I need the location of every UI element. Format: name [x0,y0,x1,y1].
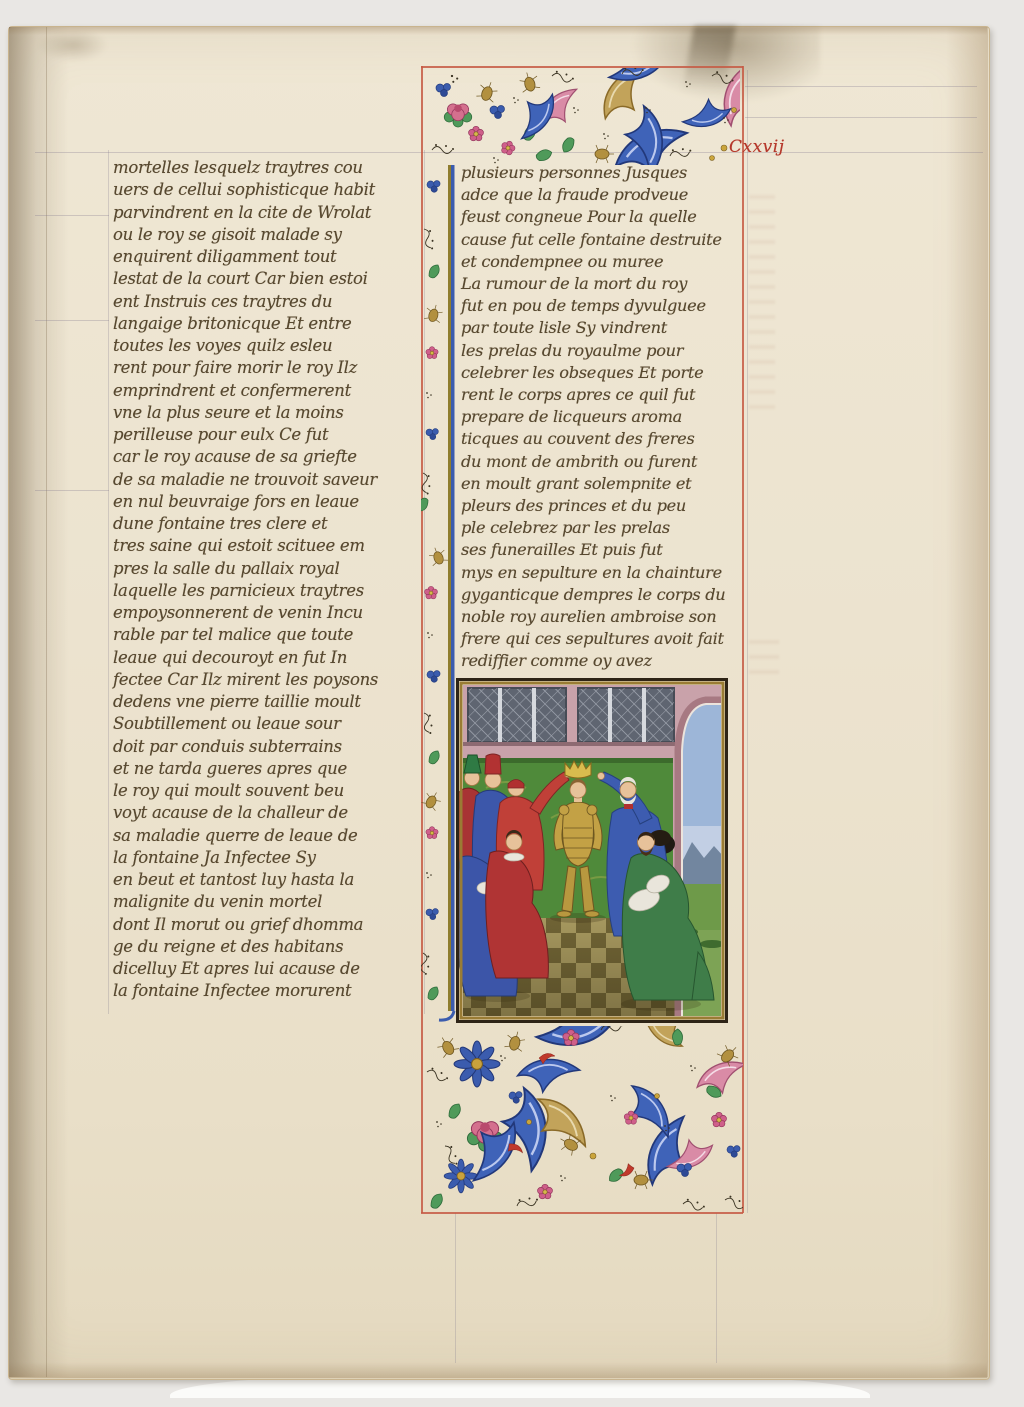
text-line: rent pour faire morir le roy Ilz [113,357,425,379]
text-line: en nul beuvraige fors en leaue [113,491,425,513]
text-line: gyganticque dempres le corps du [461,584,751,606]
left-floral-border [421,165,458,1025]
gutter-shadow [9,27,69,1377]
text-line: en beut et tantost luy hasta la [113,869,425,891]
ink-show-through [749,640,779,680]
folio-number: Cxxvij [729,137,785,157]
text-line: celebrer les obseques Et porte [461,362,751,384]
text-line: empoysonnerent de venin Incu [113,602,425,624]
text-line: La rumour de la mort du roy [461,273,751,295]
text-line: pleurs des princes et du peu [461,495,751,517]
text-line: parvindrent en la cite de Wrolat [113,202,425,224]
text-line: vne la plus seure et la moins [113,402,425,424]
lattice-window-right [578,688,674,742]
text-line: le roy qui moult souvent beu [113,780,425,802]
text-line: noble roy aurelien ambroise son [461,606,751,628]
text-line: ent Instruis ces traytres du [113,291,425,313]
bottom-floral-border [421,1026,743,1213]
text-line: et condempnee ou muree [461,251,751,273]
text-line: prepare de licqueurs aroma [461,406,751,428]
miniature-painting [456,678,728,1023]
text-line: mortelles lesquelz traytres cou [113,157,425,179]
text-line: malignite du venin mortel [113,891,425,913]
text-line: adce que la fraude prodveue [461,184,751,206]
text-line: feust congneue Pour la quelle [461,206,751,228]
text-line: perilleuse pour eulx Ce fut [113,424,425,446]
text-line: les prelas du royaulme pour [461,340,751,362]
text-line: dicelluy Et apres lui acause de [113,958,425,980]
text-line: par toute lisle Sy vindrent [461,317,751,339]
gutter-crease [46,27,47,1377]
text-line: lestat de la court Car bien estoi [113,268,425,290]
text-line: emprindrent et confermerent [113,380,425,402]
text-line: rent le corps apres ce quil fut [461,384,751,406]
ink-show-through [749,195,775,410]
text-line: tres saine qui estoit scituee em [113,535,425,557]
page-bottom-edge [9,1362,987,1378]
text-line: fut en pou de temps dyvulguee [461,295,751,317]
text-line: ple celebrez par les prelas [461,517,751,539]
text-line: doit par conduis subterrains [113,736,425,758]
ruling-line [35,490,109,491]
text-line: pres la salle du pallaix royal [113,558,425,580]
left-text-column: mortelles lesquelz traytres couuers de c… [113,157,425,1003]
ruling-line [745,86,977,87]
text-line: plusieurs personnes Jusques [461,162,751,184]
text-line: ses funerailles Et puis fut [461,539,751,561]
text-line: leaue qui decouroyt en fut In [113,647,425,669]
ruling-line [108,150,109,1014]
text-line: langaige britonicque Et entre [113,313,425,335]
text-line: ou le roy se gisoit malade sy [113,224,425,246]
miniature-coronation-scene [456,678,728,1023]
text-line: et ne tarda gueres apres que [113,758,425,780]
text-line: mys en sepulture en la chainture [461,562,751,584]
text-line: voyt acause de la challeur de [113,802,425,824]
floral-motifs [421,165,458,1025]
bar-border-gold [448,165,451,1011]
text-line: frere qui ces sepultures avoit fait [461,628,751,650]
text-line: rediffier comme oy avez [461,650,751,672]
ruling-line [35,320,109,321]
text-line: enquirent diligamment tout [113,246,425,268]
text-line: cause fut celle fontaine destruite [461,229,751,251]
text-line: car le roy acause de sa griefte [113,446,425,468]
text-line: ge du reigne et des habitans [113,936,425,958]
bar-border-blue [451,165,455,1011]
text-line: ticques au couvent des freres [461,428,751,450]
text-line: fectee Car Ilz mirent les poysons [113,669,425,691]
text-line: laquelle les parnicieux traytres [113,580,425,602]
ruling-line [455,1213,456,1363]
top-floral-border [424,68,740,165]
ruling-line [716,1213,717,1363]
right-text-column: plusieurs personnes Jusquesadce que la f… [461,162,751,673]
text-line: rable par tel malice que toute [113,624,425,646]
ruling-line [35,215,109,216]
page-top-edge [9,27,987,35]
ruling-line [745,117,977,118]
page-right-edge [946,27,988,1377]
text-line: dune fontaine tres clere et [113,513,425,535]
window-sill [463,742,678,746]
lattice-window-left [468,688,566,742]
floral-motifs [421,1026,743,1213]
manuscript-photo: Cxxvij mortelles lesquelz traytres couue… [0,0,1024,1407]
text-line: uers de cellui sophisticque habit [113,179,425,201]
text-line: dont Il morut ou grief dhomma [113,914,425,936]
text-line: la fontaine Infectee morurent [113,980,425,1002]
text-line: dedens vne pierre taillie moult [113,691,425,713]
text-line: toutes les voyes quilz esleu [113,335,425,357]
text-line: en moult grant solempnite et [461,473,751,495]
floral-motifs [424,68,740,165]
text-line: sa maladie querre de leaue de [113,825,425,847]
text-line: Soubtillement ou leaue sour [113,713,425,735]
text-line: du mont de ambrith ou furent [461,451,751,473]
text-line: la fontaine Ja Infectee Sy [113,847,425,869]
text-line: de sa maladie ne trouvoit saveur [113,469,425,491]
